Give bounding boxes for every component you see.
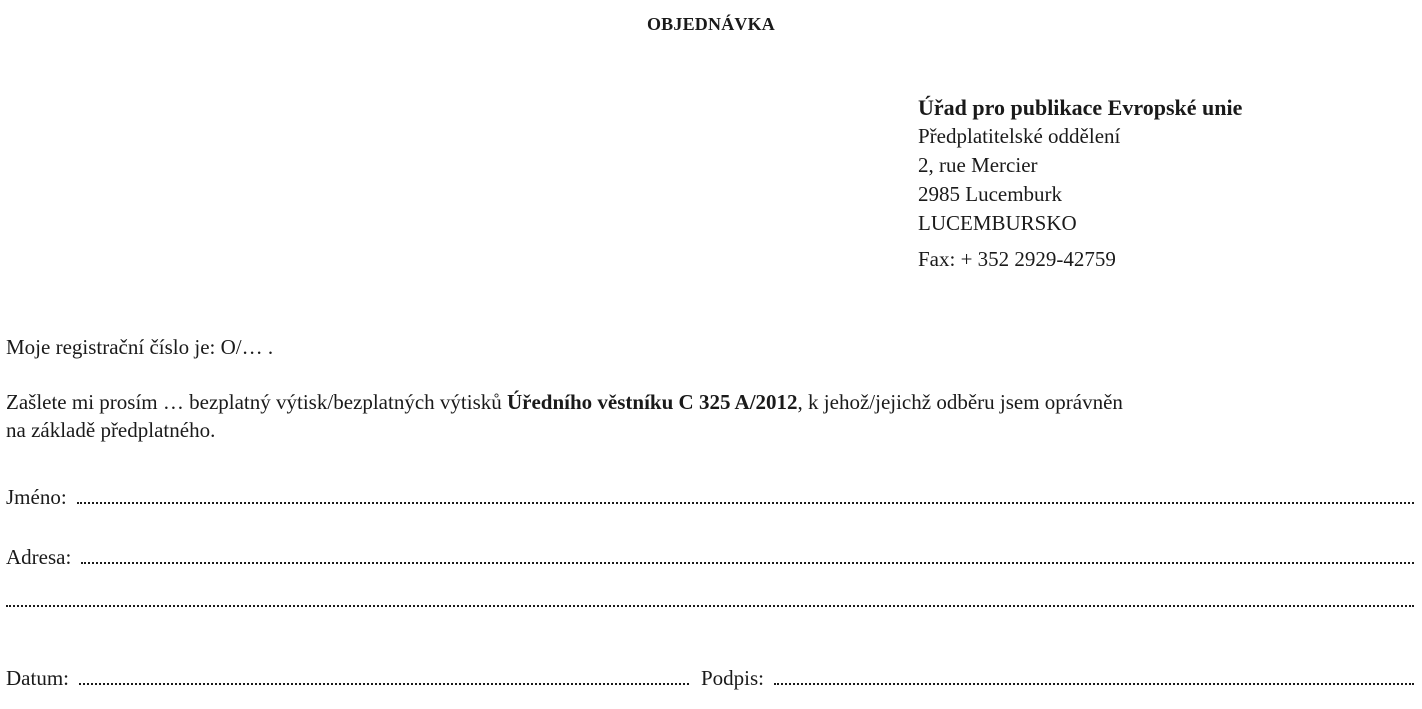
request-text-part2: , k jehož/jejichž odběru jsem oprávněn: [798, 390, 1123, 414]
registration-number-text: Moje registrační číslo je: O/… .: [6, 335, 273, 360]
signature-field[interactable]: [774, 683, 1414, 685]
recipient-department: Předplatitelské oddělení: [918, 122, 1242, 151]
request-line-1: Zašlete mi prosím … bezplatný výtisk/bez…: [6, 388, 1422, 416]
address-field-line-2[interactable]: [6, 605, 1414, 607]
date-signature-row: Datum: Podpis:: [6, 666, 1414, 691]
recipient-organization: Úřad pro publikace Evropské unie: [918, 93, 1242, 122]
address-field[interactable]: [81, 562, 1414, 564]
name-field-row: Jméno:: [6, 485, 1414, 510]
request-line-2: na základě předplatného.: [6, 416, 1422, 444]
recipient-fax: Fax: + 352 2929-42759: [918, 245, 1242, 274]
request-paragraph: Zašlete mi prosím … bezplatný výtisk/bez…: [6, 388, 1422, 444]
name-label: Jméno:: [6, 485, 67, 510]
address-field-row-2: [6, 605, 1414, 613]
document-title: OBJEDNÁVKA: [0, 14, 1422, 35]
recipient-address: Úřad pro publikace Evropské unie Předpla…: [918, 93, 1242, 274]
date-field[interactable]: [79, 683, 689, 685]
address-label: Adresa:: [6, 545, 71, 570]
name-field[interactable]: [77, 502, 1414, 504]
date-label: Datum:: [6, 666, 69, 691]
signature-label: Podpis:: [701, 666, 764, 691]
request-text-part1: Zašlete mi prosím … bezplatný výtisk/bez…: [6, 390, 507, 414]
recipient-street: 2, rue Mercier: [918, 151, 1242, 180]
recipient-country: LUCEMBURSKO: [918, 209, 1242, 238]
address-field-row: Adresa:: [6, 545, 1414, 570]
recipient-city: 2985 Lucemburk: [918, 180, 1242, 209]
journal-reference: Úředního věstníku C 325 A/2012: [507, 390, 798, 414]
